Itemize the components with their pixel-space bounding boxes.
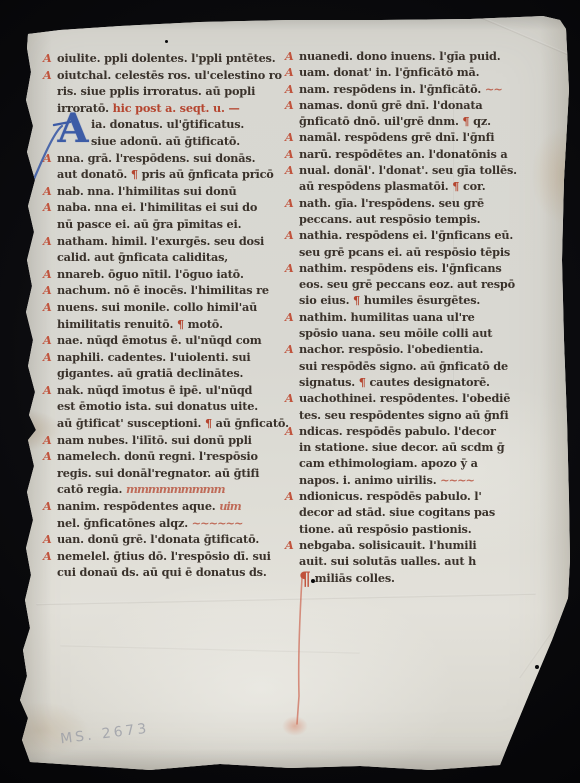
body-text: nathim. respōdens eis. l'ḡnficans xyxy=(299,261,502,275)
text-line: Anaba. nna ei. l'himilitas ei sui do xyxy=(43,199,281,216)
entry-paraph: A xyxy=(285,227,299,243)
text-line: nel. ḡnficatōnes alqz. ~~~~~~ xyxy=(43,515,281,532)
entry-paraph: A xyxy=(285,423,299,439)
body-text: pris aū ḡnficata prīcō xyxy=(138,167,274,181)
text-line: aū ḡtificat' susceptioni. ¶ aū ḡnficatō. xyxy=(43,415,281,432)
text-line: ris. siue pplis irroratus. aū popli xyxy=(43,83,281,100)
body-text: humiles ēsurgētes. xyxy=(360,293,480,307)
body-text: naba. nna ei. l'himilitas ei sui do xyxy=(57,200,257,214)
body-text: regis. sui donāl'regnator. aū ḡtifi xyxy=(57,466,259,480)
text-line: Anamelech. donū regni. l'respōsio xyxy=(43,448,281,465)
text-line: Andicas. respōdēs pabulo. l'decor xyxy=(285,423,533,439)
entry-paraph: A xyxy=(285,309,299,325)
body-text: qz. xyxy=(469,114,490,128)
wormhole xyxy=(535,665,539,669)
entry-paraph: A xyxy=(285,48,299,64)
text-line: cam ethimologiam. apozo ȳ a xyxy=(285,455,533,471)
body-text: aū respōdens plasmatōi. xyxy=(299,179,452,193)
rubric-text: mmmmmmmmm xyxy=(126,482,225,496)
rubric-text: ~~~~ xyxy=(440,473,474,487)
entry-paraph: A xyxy=(43,50,57,67)
text-line: Anathim. humilitas uana ul're xyxy=(285,309,533,325)
text-line: sio eius. ¶ humiles ēsurgētes. xyxy=(285,292,533,308)
text-line: Anath. gīa. l'respōdens. seu grē xyxy=(285,195,533,211)
text-line: Anual. donāl'. l'donat'. seu gīa tollēs. xyxy=(285,162,533,178)
body-text: oiutchal. celestēs ros. ul'celestino ro xyxy=(57,68,282,82)
body-text: decor ad stād. siue cogitans pas xyxy=(299,505,495,519)
rubric-text: ~~~~~~ xyxy=(192,516,243,530)
rubric-text: ¶ xyxy=(353,293,360,307)
text-line: Anarū. respōdētes an. l'donatōnis a xyxy=(285,146,533,162)
body-text: nebgaba. solisicauit. l'humili xyxy=(299,538,477,552)
entry-paraph: A xyxy=(43,498,57,515)
body-text: cor. xyxy=(459,179,485,193)
body-text: uan. donū grē. l'donata ḡtificatō. xyxy=(57,532,259,546)
photograph-background: Aoiulite. ppli dolentes. l'ppli pntētes.… xyxy=(0,0,580,783)
body-text: ndicas. respōdēs pabulo. l'decor xyxy=(299,424,496,438)
body-text: uam. donat' in. l'ḡnficātō mā. xyxy=(299,65,479,79)
body-text: gigantes. aū gratiā declinātes. xyxy=(57,366,243,380)
parchment-crease xyxy=(518,604,571,679)
rubric-text: ~~ xyxy=(485,82,502,96)
text-line: napos. i. animo uirilis. ~~~~ xyxy=(285,472,533,488)
text-line: Anatham. himil. l'exurgēs. seu dosi xyxy=(43,233,281,250)
text-line: peccans. aut respōsio tempis. xyxy=(285,211,533,227)
body-text: sio eius. xyxy=(299,293,353,307)
text-line: signatus. ¶ cautes designatorē. xyxy=(285,374,533,390)
body-text: cui donaū ds. aū qui ē donatus ds. xyxy=(57,565,267,579)
text-line: Anuanedi. dono inuens. l'gīa puid. xyxy=(285,48,533,64)
text-line: Anathim. respōdens eis. l'ḡnficans xyxy=(285,260,533,276)
text-line: in statione. siue decor. aū scdm ḡ xyxy=(285,439,533,455)
text-line: spōsio uana. seu mōile colli aut xyxy=(285,325,533,341)
entry-paraph: A xyxy=(43,233,57,250)
body-text: est ēmotio ista. sui donatus uite. xyxy=(57,399,258,413)
body-text: nuens. sui monile. collo himil'aū xyxy=(57,300,257,314)
text-line: calid. aut ḡnficata caliditas, xyxy=(43,249,281,266)
text-line: Annareb. ōguo nītil. l'ōguo iatō. xyxy=(43,266,281,283)
text-line: Ananim. respōdentes aque. uim xyxy=(43,498,281,515)
body-text: nab. nna. l'himilitas sui donū xyxy=(57,184,236,198)
body-text: nam nubes. l'ilītō. sui donū ppli xyxy=(57,433,252,447)
text-line: seu grē pcans ei. aū respōsio tēpis xyxy=(285,244,533,260)
text-line: Andionicus. respōdēs pabulo. l' xyxy=(285,488,533,504)
body-text: narū. respōdētes an. l'donatōnis a xyxy=(299,147,507,161)
body-text: spōsio uana. seu mōile colli aut xyxy=(299,326,492,340)
body-text: naphili. cadentes. l'uiolenti. sui xyxy=(57,350,250,364)
entry-paraph: A xyxy=(285,390,299,406)
entry-paraph: A xyxy=(285,81,299,97)
text-column-right: Anuanedi. dono inuens. l'gīa puid.Auam. … xyxy=(285,48,533,586)
entry-paraph: A xyxy=(285,537,299,553)
rubric-text: hic post a. seqt. u. — xyxy=(113,101,240,115)
entry-paraph: A xyxy=(43,432,57,449)
text-line: eos. seu grē peccans eoz. aut respō xyxy=(285,276,533,292)
entry-paraph: A xyxy=(285,129,299,145)
entry-paraph: A xyxy=(43,349,57,366)
entry-paraph: A xyxy=(43,531,57,548)
body-text: nel. ḡnficatōnes alqz. xyxy=(57,516,192,530)
body-text: catō regia. xyxy=(57,482,126,496)
text-line: Anak. nūqd īmotus ē ipē. ul'nūqd xyxy=(43,382,281,399)
body-text: nanim. respōdentes aque. xyxy=(57,499,219,513)
rubric-text: uim xyxy=(219,499,240,513)
rubric-text: ¶ xyxy=(359,375,366,389)
text-line: Anathia. respōdens ei. l'ḡnficans eū. xyxy=(285,227,533,243)
entry-paraph: A xyxy=(43,332,57,349)
text-line: Auan. donū grē. l'donata ḡtificatō. xyxy=(43,531,281,548)
entry-paraph: A xyxy=(43,299,57,316)
entry-paraph: A xyxy=(285,260,299,276)
text-line: Aoiutchal. celestēs ros. ul'celestino ro xyxy=(43,67,281,84)
text-line: tes. seu respōdentes signo aū ḡnfi xyxy=(285,407,533,423)
text-line: sui respōdēs signo. aū ḡnficatō de xyxy=(285,358,533,374)
text-line: ¶ miliās colles. xyxy=(285,570,533,586)
text-line: est ēmotio ista. sui donatus uite. xyxy=(43,398,281,415)
body-text: nemelel. ḡtius dō. l'respōsio dī. sui xyxy=(57,549,271,563)
entry-paraph: A xyxy=(43,382,57,399)
body-text: natham. himil. l'exurgēs. seu dosi xyxy=(57,234,264,248)
wormhole xyxy=(165,40,168,43)
body-text: cautes designatorē. xyxy=(366,375,490,389)
text-line: Anachum. nō ē inocēs. l'himilitas re xyxy=(43,282,281,299)
entry-paraph: A xyxy=(285,146,299,162)
red-ink-blot xyxy=(282,716,308,736)
body-text: nna. grā. l'respōdens. sui donās. xyxy=(57,151,255,165)
body-text: oiulite. ppli dolentes. l'ppli pntētes. xyxy=(57,51,275,65)
text-line: Anam. respōdens in. l'ḡnficātō. ~~ xyxy=(285,81,533,97)
text-line: Anemelel. ḡtius dō. l'respōsio dī. sui xyxy=(43,548,281,565)
body-text: tione. aū respōsio pastionis. xyxy=(299,522,471,536)
body-text: nnareb. ōguo nītil. l'ōguo iatō. xyxy=(57,267,244,281)
body-text: cam ethimologiam. apozo ȳ a xyxy=(299,456,478,470)
body-text: nath. gīa. l'respōdens. seu grē xyxy=(299,196,484,210)
text-line: Auam. donat' in. l'ḡnficātō mā. xyxy=(285,64,533,80)
entry-paraph: A xyxy=(285,195,299,211)
rubric-text: ¶ xyxy=(205,416,212,430)
body-text: ḡnficatō dnō. uil'grē dnm. xyxy=(299,114,462,128)
text-line: Anna. grā. l'respōdens. sui donās. xyxy=(43,150,281,167)
text-line: Anab. nna. l'himilitas sui donū xyxy=(43,183,281,200)
text-line: Anebgaba. solisicauit. l'humili xyxy=(285,537,533,553)
body-text: nam. respōdens in. l'ḡnficātō. xyxy=(299,82,485,96)
body-text: signatus. xyxy=(299,375,359,389)
red-pilcrow-descender xyxy=(288,576,318,736)
text-line: auit. sui solutās ualles. aut h xyxy=(285,553,533,569)
entry-paraph: A xyxy=(285,488,299,504)
text-line: catō regia. mmmmmmmmm xyxy=(43,481,281,498)
body-text: nachor. respōsio. l'obedientia. xyxy=(299,342,483,356)
rubric-text: ¶ xyxy=(177,317,184,331)
body-text: calid. aut ḡnficata caliditas, xyxy=(57,250,228,264)
body-text: miliās colles. xyxy=(311,571,395,585)
body-text: namāl. respōdens grē dnī. l'ḡnfi xyxy=(299,130,494,144)
text-line: Anachor. respōsio. l'obedientia. xyxy=(285,341,533,357)
pencil-shelfmark: MS. 2673 xyxy=(59,721,150,748)
body-text: auit. sui solutās ualles. aut h xyxy=(299,554,476,568)
body-text: uachothinei. respōdentes. l'obediē xyxy=(299,391,510,405)
body-text: motō. xyxy=(184,317,223,331)
text-line: Anamas. donū grē dnī. l'donata xyxy=(285,97,533,113)
body-text: nathim. humilitas uana ul're xyxy=(299,310,475,324)
body-text: namelech. donū regni. l'respōsio xyxy=(57,449,258,463)
parchment-crease xyxy=(36,593,536,605)
text-line: aū respōdens plasmatōi. ¶ cor. xyxy=(285,178,533,194)
body-text: napos. i. animo uirilis. xyxy=(299,473,440,487)
wormhole xyxy=(311,579,315,583)
text-line: Auachothinei. respōdentes. l'obediē xyxy=(285,390,533,406)
text-line: Anam nubes. l'ilītō. sui donū ppli xyxy=(43,432,281,449)
manuscript-leaf: Aoiulite. ppli dolentes. l'ppli pntētes.… xyxy=(0,0,580,783)
body-text: siue adonū. aū ḡtificatō. xyxy=(91,134,240,148)
text-line: Anaphili. cadentes. l'uiolenti. sui xyxy=(43,349,281,366)
entry-paraph: A xyxy=(43,548,57,565)
text-line: decor ad stād. siue cogitans pas xyxy=(285,504,533,520)
entry-paraph: A xyxy=(43,448,57,465)
body-text: nae. nūqd ēmotus ē. ul'nūqd com xyxy=(57,333,262,347)
text-line: Anuens. sui monile. collo himil'aū xyxy=(43,299,281,316)
entry-paraph: A xyxy=(285,162,299,178)
wormhole xyxy=(210,16,215,21)
body-text: namas. donū grē dnī. l'donata xyxy=(299,98,483,112)
text-line: himilitatis renuitō. ¶ motō. xyxy=(43,316,281,333)
text-line: aut donatō. ¶ pris aū ḡnficata prīcō xyxy=(43,166,281,183)
entry-paraph: A xyxy=(43,266,57,283)
body-text: aū ḡnficatō. xyxy=(212,416,289,430)
body-text: nak. nūqd īmotus ē ipē. ul'nūqd xyxy=(57,383,252,397)
body-text: himilitatis renuitō. xyxy=(57,317,177,331)
body-text: ndionicus. respōdēs pabulo. l' xyxy=(299,489,482,503)
entry-paraph: A xyxy=(285,97,299,113)
text-line: gigantes. aū gratiā declinātes. xyxy=(43,365,281,382)
body-text: sui respōdēs signo. aū ḡnficatō de xyxy=(299,359,508,373)
initial-flourish xyxy=(4,116,76,226)
body-text: tes. seu respōdentes signo aū ḡnfi xyxy=(299,408,508,422)
body-text: ris. siue pplis irroratus. aū popli xyxy=(57,84,255,98)
text-line: tione. aū respōsio pastionis. xyxy=(285,521,533,537)
body-text: nachum. nō ē inocēs. l'himilitas re xyxy=(57,283,269,297)
entry-paraph: A xyxy=(285,64,299,80)
text-line: nū pasce ei. aū ḡra pīmitas ei. xyxy=(43,216,281,233)
body-text: ia. donatus. ul'ḡtificatus. xyxy=(91,117,244,131)
body-text: nathia. respōdens ei. l'ḡnficans eū. xyxy=(299,228,513,242)
body-text: nual. donāl'. l'donat'. seu gīa tollēs. xyxy=(299,163,517,177)
body-text: in statione. siue decor. aū scdm ḡ xyxy=(299,440,505,454)
rubric-text: ¶ xyxy=(131,167,138,181)
body-text: nuanedi. dono inuens. l'gīa puid. xyxy=(299,49,501,63)
body-text: eos. seu grē peccans eoz. aut respō xyxy=(299,277,515,291)
body-text: seu grē pcans ei. aū respōsio tēpis xyxy=(299,245,510,259)
entry-paraph: A xyxy=(285,341,299,357)
text-line: regis. sui donāl'regnator. aū ḡtifi xyxy=(43,465,281,482)
text-line: Anamāl. respōdens grē dnī. l'ḡnfi xyxy=(285,129,533,145)
text-line: cui donaū ds. aū qui ē donatus ds. xyxy=(43,564,281,581)
body-text: peccans. aut respōsio tempis. xyxy=(299,212,480,226)
text-line: ḡnficatō dnō. uil'grē dnm. ¶ qz. xyxy=(285,113,533,129)
body-text: aū ḡtificat' susceptioni. xyxy=(57,416,205,430)
entry-paraph: A xyxy=(43,67,57,84)
text-line: Anae. nūqd ēmotus ē. ul'nūqd com xyxy=(43,332,281,349)
entry-paraph: A xyxy=(43,282,57,299)
text-line: Aoiulite. ppli dolentes. l'ppli pntētes. xyxy=(43,50,281,67)
body-text: nū pasce ei. aū ḡra pīmitas ei. xyxy=(57,217,241,231)
